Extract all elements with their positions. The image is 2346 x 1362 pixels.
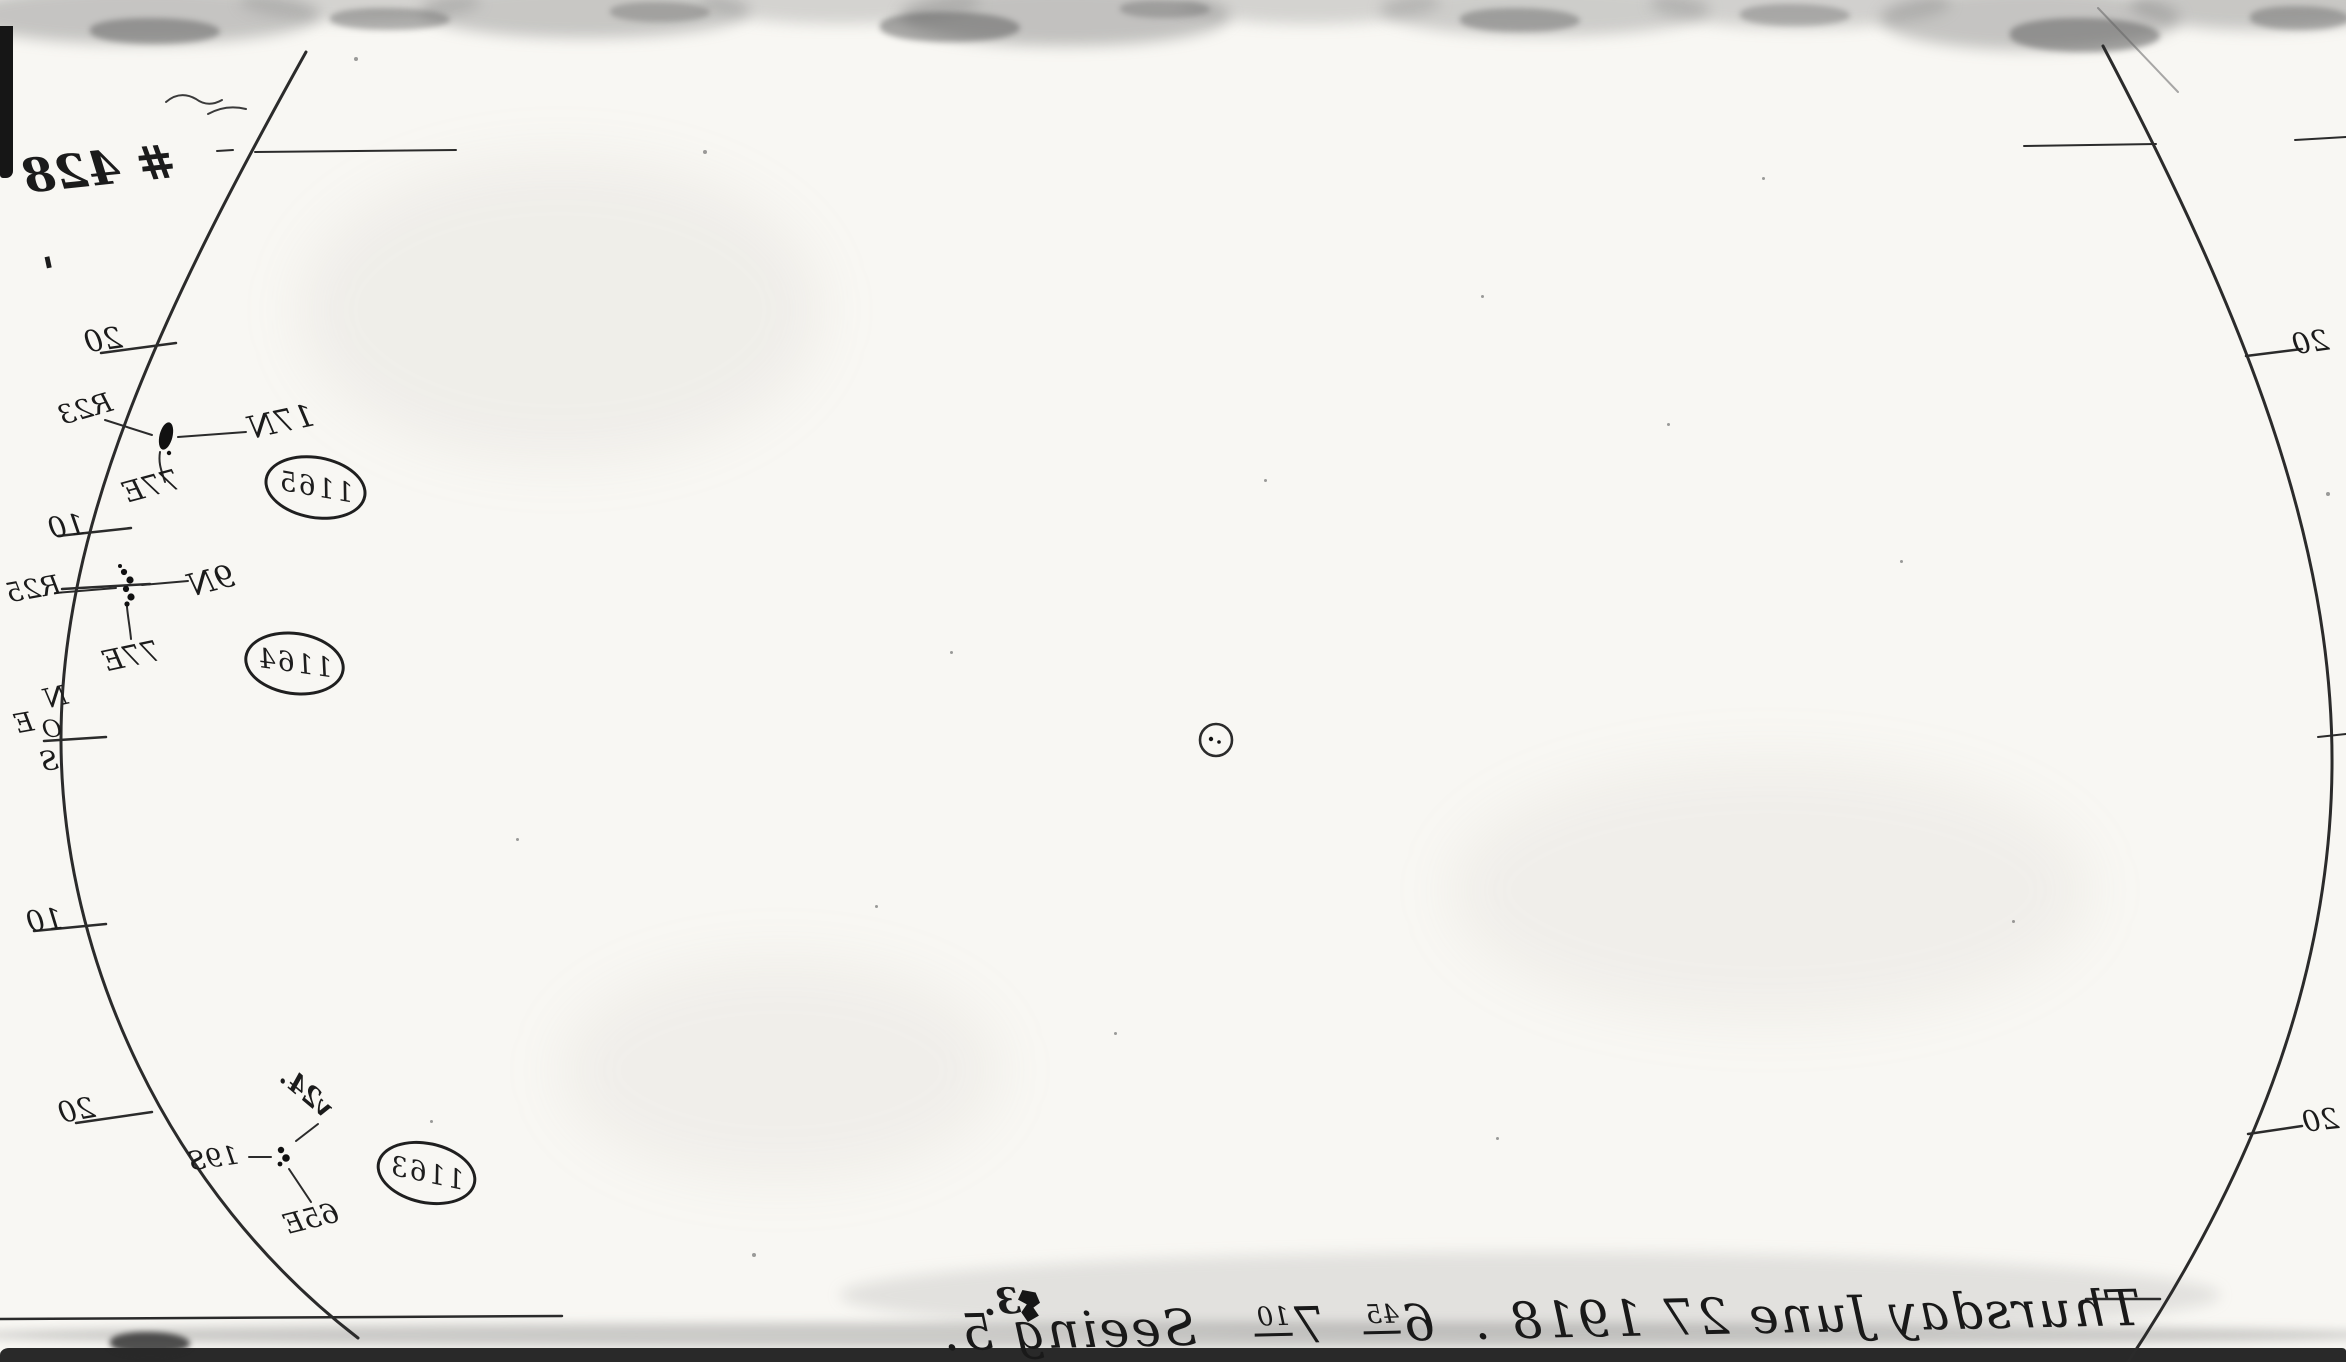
footer-time-end-min: 10: [1254, 1302, 1292, 1337]
sunspot-1164: [123, 586, 129, 592]
fleck: [2012, 920, 2015, 923]
compass-s: S: [38, 747, 60, 776]
compass-o: O: [41, 716, 63, 742]
ref-line-top-right: [2024, 144, 2156, 146]
ref-line-top-left: [255, 150, 456, 152]
disk-center-dot: [1209, 737, 1213, 741]
footer-mark: 3.: [982, 1283, 1022, 1322]
pointer-65e: [289, 1169, 311, 1202]
pointer-r23: [105, 420, 152, 435]
tick-label-right-20-top: 20: [2290, 326, 2331, 360]
fleck: [875, 905, 878, 908]
pencil-squiggle: [166, 95, 222, 104]
ref-dash-top-left: [217, 150, 233, 151]
pointer-v24: [296, 1124, 318, 1141]
tick-label-right-20-bottom: 20: [2301, 1104, 2341, 1137]
footer-time-end-hour: 7: [1291, 1296, 1326, 1355]
footer-time-start: 645: [1363, 1294, 1435, 1353]
fleck: [752, 1253, 756, 1257]
sunspot-1165: [156, 421, 175, 451]
sunspot-1163: [278, 1147, 284, 1153]
fleck: [950, 651, 953, 654]
sunspot-1164: [121, 569, 127, 575]
fleck: [1114, 1032, 1117, 1035]
group-1165-number: 1165: [275, 466, 356, 510]
tick-label-left-20-top: 20: [82, 323, 124, 358]
fleck: [1264, 479, 1267, 482]
sunspot-1164: [126, 576, 133, 583]
pencil-squiggle: [208, 107, 246, 114]
sunspot-1164: [118, 564, 122, 568]
group-1163-number: 1163: [386, 1150, 467, 1196]
group-1163-latitude: 19S: [186, 1143, 240, 1176]
fleck: [1900, 560, 1903, 563]
solar-drawing-sheet: # 428 ' 20 10 10 20 N O E S 20 20 R23 17…: [0, 0, 2346, 1362]
ref-line-bottom-left: [0, 1316, 562, 1319]
sunspot-1164: [127, 593, 134, 600]
ref-dash-top-right: [2295, 137, 2346, 140]
limb-arc-right: [2103, 46, 2332, 1362]
footer-seeing: Seeing 5.: [941, 1299, 1197, 1362]
sunspot-1164: [124, 601, 129, 606]
sunspot-1163: [282, 1154, 290, 1162]
pointer-77e-bottom: [127, 607, 131, 639]
tick-label-left-20-bottom: 20: [56, 1093, 97, 1128]
footer-time-start-min: 45: [1363, 1300, 1401, 1335]
fleck: [2326, 492, 2330, 496]
fleck: [1762, 177, 1765, 180]
disk-center-dot: [1217, 740, 1221, 744]
footer-time-end: 710: [1254, 1296, 1326, 1355]
pointer-17n: [178, 432, 246, 437]
sunspot-1163: [278, 1162, 283, 1167]
fleck: [1496, 1137, 1499, 1140]
fleck: [1667, 423, 1670, 426]
drawing-overlay: [0, 0, 2346, 1362]
tick-label-left-10-top: 10: [46, 510, 87, 544]
fleck: [1481, 295, 1484, 298]
fleck: [354, 57, 358, 61]
fleck: [516, 838, 519, 841]
fleck: [703, 150, 707, 154]
sunspot-1165-dot: [167, 451, 171, 455]
group-1164-number: 1164: [254, 643, 334, 684]
footer-time-start-hour: 6: [1400, 1294, 1435, 1353]
fleck: [430, 1120, 433, 1123]
disk-center-marker: [1200, 724, 1232, 756]
tear-crease: [2098, 8, 2178, 92]
tick-label-left-10-bottom: 10: [25, 904, 65, 937]
